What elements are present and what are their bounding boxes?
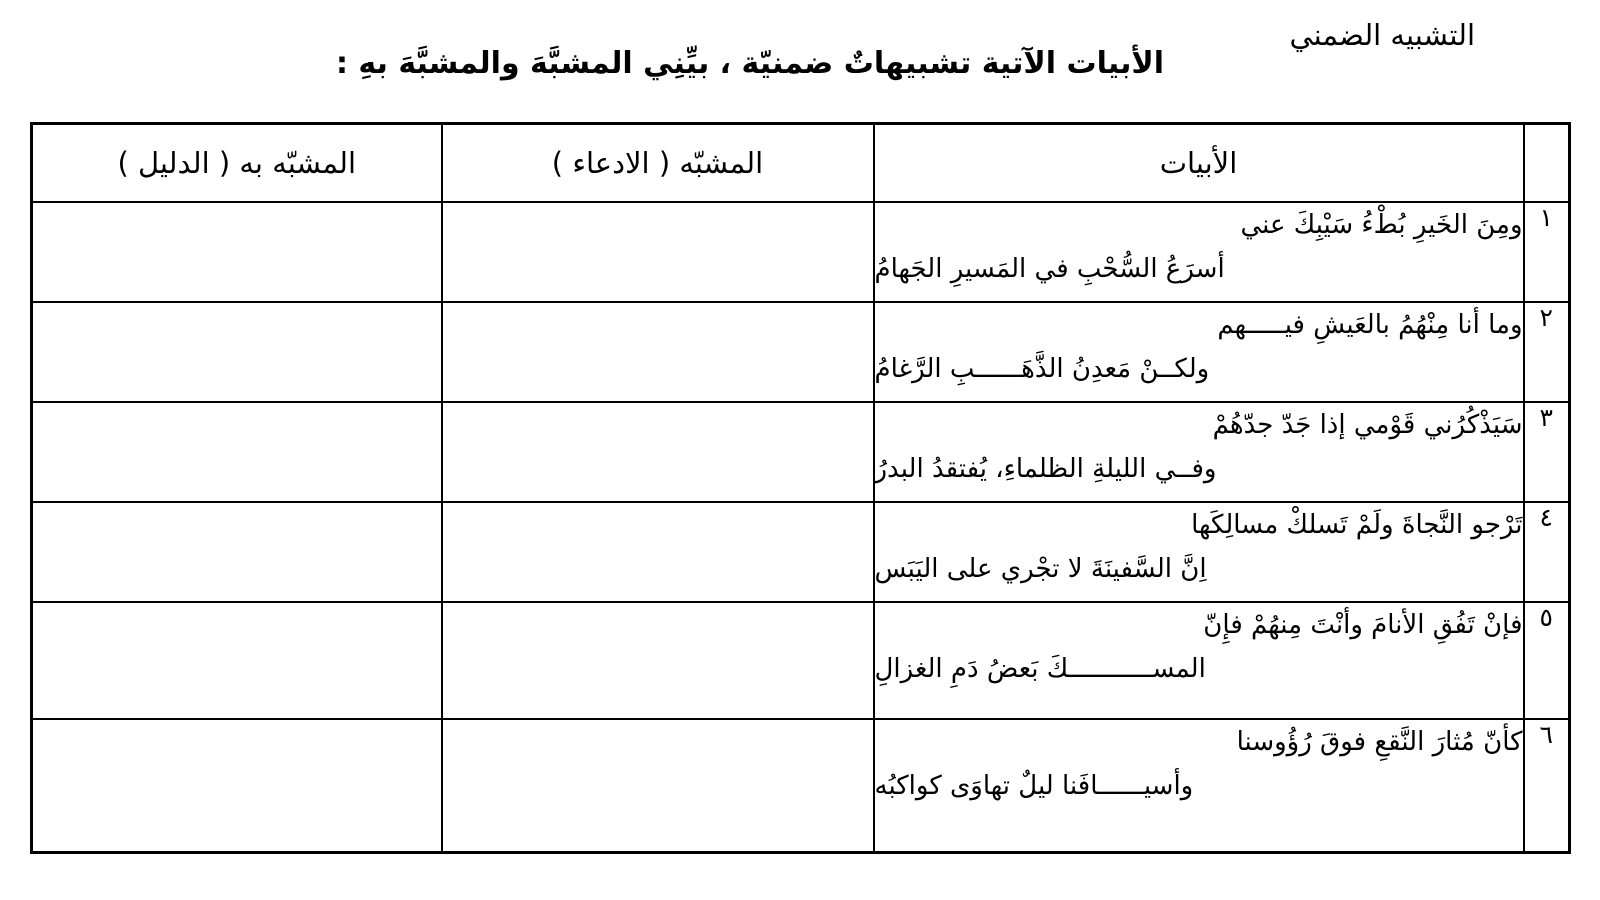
worksheet-page: التشبيه الضمني الأبيات الآتية تشبيهاتٌ ض…	[0, 0, 1600, 900]
verse-hemistich-2: المســـــــــــكَ بَعضُ دَمِ الغزالِ	[875, 647, 1523, 691]
row-number: ٣	[1524, 402, 1570, 502]
table-row: ٢ وما أنا مِنْهُمُ بالعَيشِ فيـــــهم ول…	[32, 302, 1570, 402]
worksheet-table: الأبيات المشبّه ( الادعاء ) المشبّه به (…	[30, 122, 1571, 854]
verse-hemistich-2: اِنَّ السَّفينَةَ لا تجْري على اليَبَس	[875, 547, 1523, 591]
claim-answer-cell[interactable]	[442, 502, 874, 602]
verse-hemistich-1: سَيَذْكُرُني قَوْمي إذا جَدّ جدّهُمْ	[875, 403, 1523, 447]
col-header-evidence: المشبّه به ( الدليل )	[32, 124, 442, 203]
claim-answer-cell[interactable]	[442, 602, 874, 719]
evidence-answer-cell[interactable]	[32, 202, 442, 302]
row-number: ٦	[1524, 719, 1570, 853]
claim-answer-cell[interactable]	[442, 202, 874, 302]
evidence-answer-cell[interactable]	[32, 302, 442, 402]
evidence-answer-cell[interactable]	[32, 502, 442, 602]
verse-cell: تَرْجو النَّجاةَ ولَمْ تَسلكْ مسالِكَها …	[874, 502, 1524, 602]
verse-cell: فإنْ تَفُقِ الأنامَ وأنْتَ مِنهُمْ فإِنّ…	[874, 602, 1524, 719]
col-header-claim: المشبّه ( الادعاء )	[442, 124, 874, 203]
row-number: ١	[1524, 202, 1570, 302]
verse-hemistich-2: أسرَعُ السُّحْبِ في المَسيرِ الجَهامُ	[875, 247, 1523, 291]
verse-hemistich-2: ولكــنْ مَعدِنُ الذَّهَــــــبِ الرَّغام…	[875, 347, 1523, 391]
verse-hemistich-2: وأسيــــــافَنا ليلٌ تهاوَى كواكبُه	[875, 764, 1523, 808]
claim-answer-cell[interactable]	[442, 302, 874, 402]
row-number: ٥	[1524, 602, 1570, 719]
table-row: ١ ومِنَ الخَيرِ بُطْءُ سَيْبِكَ عني أسرَ…	[32, 202, 1570, 302]
verse-hemistich-1: كأنّ مُثارَ النَّقعِ فوقَ رُؤُوسنا	[875, 720, 1523, 764]
row-number: ٤	[1524, 502, 1570, 602]
table-row: ٦ كأنّ مُثارَ النَّقعِ فوقَ رُؤُوسنا وأس…	[32, 719, 1570, 853]
table-row: ٥ فإنْ تَفُقِ الأنامَ وأنْتَ مِنهُمْ فإِ…	[32, 602, 1570, 719]
verse-cell: كأنّ مُثارَ النَّقعِ فوقَ رُؤُوسنا وأسيـ…	[874, 719, 1524, 853]
table-row: ٣ سَيَذْكُرُني قَوْمي إذا جَدّ جدّهُمْ و…	[32, 402, 1570, 502]
row-number: ٢	[1524, 302, 1570, 402]
verse-hemistich-2: وفــي الليلةِ الظلماءِ، يُفتقدُ البدرُ	[875, 447, 1523, 491]
verse-cell: وما أنا مِنْهُمُ بالعَيشِ فيـــــهم ولكـ…	[874, 302, 1524, 402]
verse-cell: ومِنَ الخَيرِ بُطْءُ سَيْبِكَ عني أسرَعُ…	[874, 202, 1524, 302]
verse-hemistich-1: ومِنَ الخَيرِ بُطْءُ سَيْبِكَ عني	[875, 203, 1523, 247]
verse-hemistich-1: وما أنا مِنْهُمُ بالعَيشِ فيـــــهم	[875, 303, 1523, 347]
evidence-answer-cell[interactable]	[32, 719, 442, 853]
evidence-answer-cell[interactable]	[32, 402, 442, 502]
evidence-answer-cell[interactable]	[32, 602, 442, 719]
verse-hemistich-1: فإنْ تَفُقِ الأنامَ وأنْتَ مِنهُمْ فإِنّ	[875, 603, 1523, 647]
col-header-verses: الأبيات	[874, 124, 1524, 203]
col-header-number	[1524, 124, 1570, 203]
claim-answer-cell[interactable]	[442, 402, 874, 502]
verse-hemistich-1: تَرْجو النَّجاةَ ولَمْ تَسلكْ مسالِكَها	[875, 503, 1523, 547]
instruction-heading: الأبيات الآتية تشبيهاتٌ ضمنيّة ، بيِّنِي…	[0, 46, 1500, 81]
table-row: ٤ تَرْجو النَّجاةَ ولَمْ تَسلكْ مسالِكَه…	[32, 502, 1570, 602]
claim-answer-cell[interactable]	[442, 719, 874, 853]
verse-cell: سَيَذْكُرُني قَوْمي إذا جَدّ جدّهُمْ وفـ…	[874, 402, 1524, 502]
table-header-row: الأبيات المشبّه ( الادعاء ) المشبّه به (…	[32, 124, 1570, 203]
